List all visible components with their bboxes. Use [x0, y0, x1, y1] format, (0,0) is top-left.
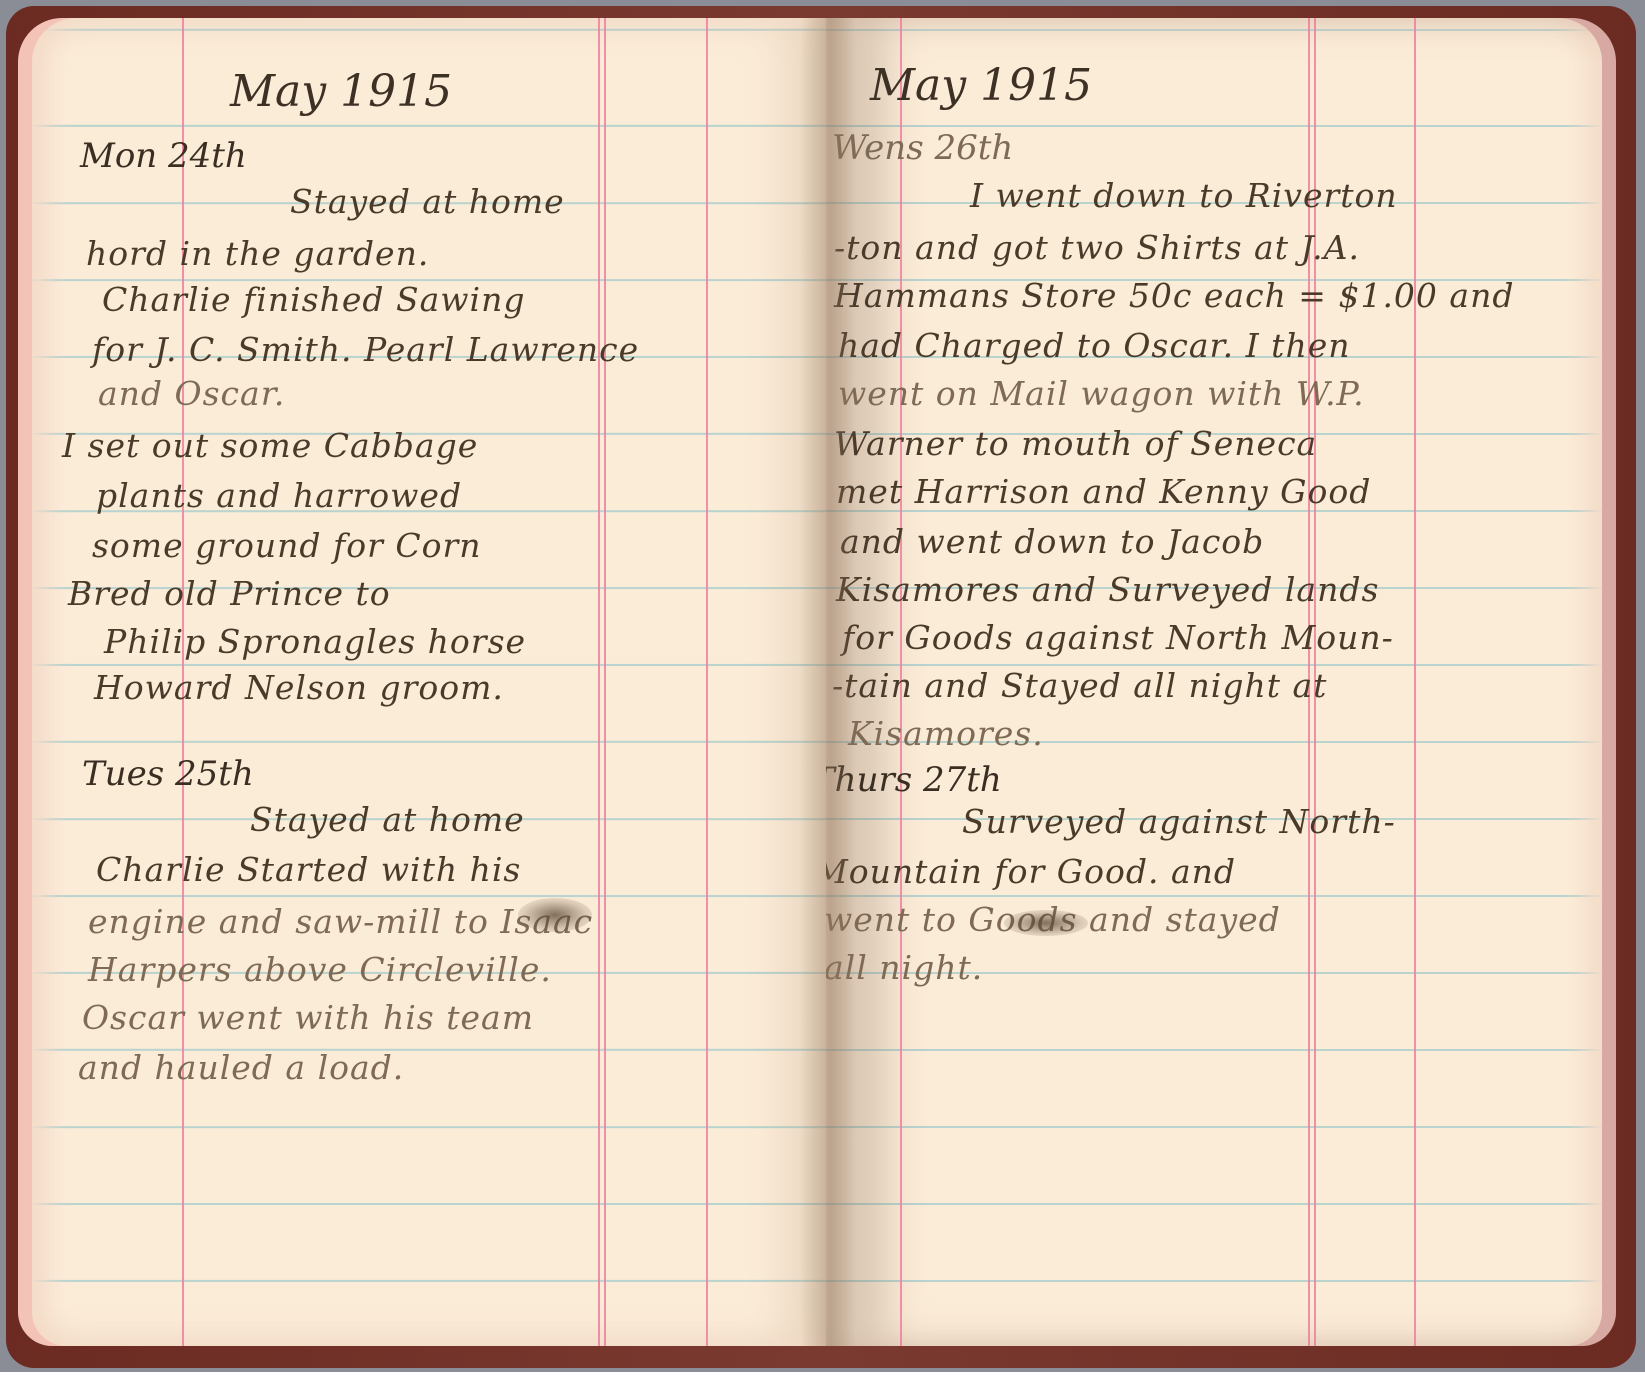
entry-line: Hammans Store 50c each = $1.00 and [834, 276, 1514, 315]
entry-line: and Oscar. [98, 374, 285, 413]
right-page: May 1915 Wens 26th I went down to Rivert… [826, 18, 1616, 1346]
entry-line: Kisamores and Surveyed lands [836, 570, 1379, 609]
entry-line: Harpers above Circleville. [88, 950, 552, 989]
entry-date: Mon 24th [80, 136, 247, 176]
column-rule [598, 18, 600, 1346]
column-rule [706, 18, 708, 1346]
entry-date: Thurs 27th [826, 760, 1002, 800]
entry-line: Kisamores. [848, 714, 1044, 753]
entry-line: met Harrison and Kenny Good [836, 472, 1371, 511]
entry-line: Howard Nelson groom. [94, 668, 504, 707]
entry-line: I set out some Cabbage [62, 426, 478, 465]
entry-line: Charlie finished Sawing [102, 280, 525, 319]
ink-stain [1004, 910, 1088, 936]
entry-line: Bred old Prince to [68, 574, 391, 613]
entry-line: Surveyed against North- [962, 802, 1396, 841]
entry-line: and hauled a load. [78, 1048, 404, 1087]
entry-line: some ground for Corn [92, 526, 482, 565]
entry-line: for J. C. Smith. Pearl Lawrence [92, 330, 639, 369]
entry-line: went on Mail wagon with W.P. [838, 374, 1365, 413]
entry-line: I went down to Riverton [970, 176, 1398, 215]
entry-line: all night. [826, 948, 983, 987]
entry-line: -tain and Stayed all night at [832, 666, 1327, 705]
left-page: May 1915 Mon 24th Stayed at home hord in… [18, 18, 826, 1346]
entry-line: plants and harrowed [96, 476, 462, 515]
entry-date: Tues 25th [82, 754, 254, 794]
entry-line: Stayed at home [250, 800, 525, 839]
entry-line: Oscar went with his team [82, 998, 534, 1037]
entry-line: had Charged to Oscar. I then [838, 326, 1350, 365]
entry-line: -ton and got two Shirts at J.A. [834, 228, 1360, 267]
entry-line: for Goods against North Moun- [842, 618, 1394, 657]
entry-date: Wens 26th [832, 128, 1013, 168]
page-header-month: May 1915 [870, 60, 1092, 111]
entry-line: Charlie Started with his [96, 850, 521, 889]
entry-line: Warner to mouth of Seneca [834, 424, 1317, 463]
entry-line: and went down to Jacob [840, 522, 1264, 561]
entry-line: Philip Spronagles horse [104, 622, 526, 661]
entry-line: hord in the garden. [86, 234, 429, 273]
ink-stain [518, 898, 592, 932]
entry-line: engine and saw-mill to Isaac [88, 902, 593, 941]
column-rule [1414, 18, 1416, 1346]
page-header-month: May 1915 [230, 66, 452, 117]
entry-line: Stayed at home [290, 182, 565, 221]
entry-line: Mountain for Good. and [826, 852, 1236, 891]
